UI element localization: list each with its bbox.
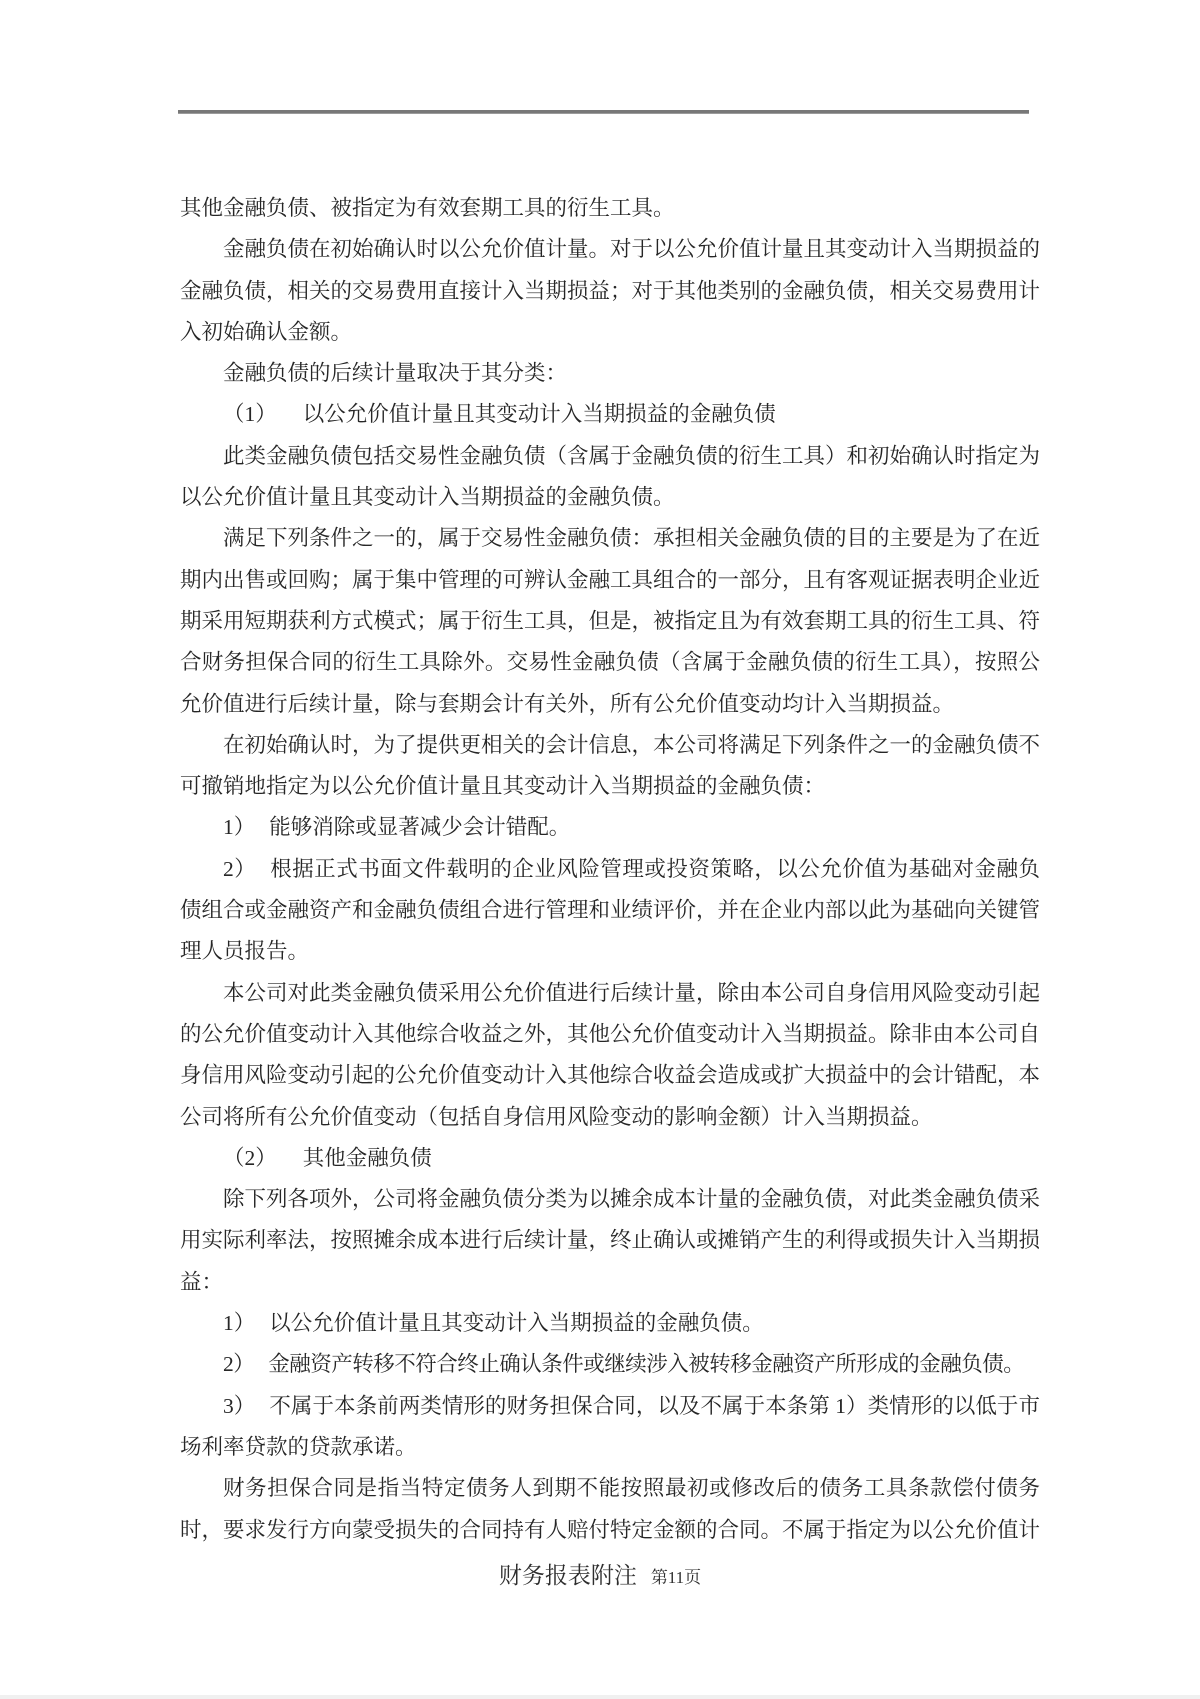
- heading-category-2: （2）其他金融负债: [180, 1138, 1040, 1179]
- heading-category-1-label: 以公允价值计量且其变动计入当期损益的金融负债: [303, 402, 776, 426]
- list-item-designation-1-number: 1）: [223, 815, 255, 839]
- list-item-designation-1-text: 能够消除或显著减少会计错配。: [269, 815, 570, 839]
- page-bottom-edge: [0, 1695, 1200, 1699]
- para-fvtpl-definition: 此类金融负债包括交易性金融负债（含属于金融负债的衍生工具）和初始确认时指定为以公…: [180, 436, 1040, 519]
- para-continuation: 其他金融负债、被指定为有效套期工具的衍生工具。: [180, 188, 1040, 229]
- list-item-exception-1: 1）以公允价值计量且其变动计入当期损益的金融负债。: [180, 1303, 1040, 1344]
- para-trading-liability-conditions: 满足下列条件之一的，属于交易性金融负债：承担相关金融负债的目的主要是为了在近期内…: [180, 518, 1040, 724]
- heading-category-2-number: （2）: [223, 1146, 277, 1170]
- header-rule: [178, 110, 1029, 114]
- heading-category-2-label: 其他金融负债: [303, 1146, 432, 1170]
- list-item-designation-1: 1）能够消除或显著减少会计错配。: [180, 807, 1040, 848]
- para-fair-value-subsequent-measurement: 本公司对此类金融负债采用公允价值进行后续计量，除由本公司自身信用风险变动引起的公…: [180, 973, 1040, 1138]
- para-financial-guarantee-definition: 财务担保合同是指当特定债务人到期不能按照最初或修改后的债务工具条款偿付债务时，要…: [180, 1468, 1040, 1551]
- list-item-exception-3-number: 3）: [223, 1394, 255, 1418]
- list-item-exception-3-text: 不属于本条前两类情形的财务担保合同，以及不属于本条第 1）类情形的以低于市场利率…: [180, 1394, 1040, 1459]
- list-item-exception-1-text: 以公允价值计量且其变动计入当期损益的金融负债。: [269, 1311, 764, 1335]
- list-item-exception-2-number: 2）: [223, 1352, 254, 1376]
- para-initial-measurement: 金融负债在初始确认时以公允价值计量。对于以公允价值计量且其变动计入当期损益的金融…: [180, 229, 1040, 353]
- list-item-designation-2-number: 2）: [223, 857, 256, 881]
- list-item-designation-2-text: 根据正式书面文件载明的企业风险管理或投资策略，以公允价值为基础对金融负债组合或金…: [180, 857, 1040, 964]
- body-text: 其他金融负债、被指定为有效套期工具的衍生工具。 金融负债在初始确认时以公允价值计…: [180, 188, 1040, 1551]
- list-item-exception-1-number: 1）: [223, 1311, 255, 1335]
- list-item-exception-2: 2）金融资产转移不符合终止确认条件或继续涉入被转移金融资产所形成的金融负债。: [180, 1344, 1040, 1385]
- footer-title: 财务报表附注: [499, 1563, 637, 1588]
- para-irrevocable-designation-intro: 在初始确认时，为了提供更相关的会计信息，本公司将满足下列条件之一的金融负债不可撤…: [180, 725, 1040, 808]
- list-item-exception-2-text: 金融资产转移不符合终止确认条件或继续涉入被转移金融资产所形成的金融负债。: [268, 1352, 1024, 1376]
- document-page: 其他金融负债、被指定为有效套期工具的衍生工具。 金融负债在初始确认时以公允价值计…: [0, 0, 1200, 1699]
- heading-category-1: （1）以公允价值计量且其变动计入当期损益的金融负债: [180, 394, 1040, 435]
- heading-category-1-number: （1）: [223, 402, 277, 426]
- list-item-exception-3: 3）不属于本条前两类情形的财务担保合同，以及不属于本条第 1）类情形的以低于市场…: [180, 1386, 1040, 1469]
- footer-page-number: 第11页: [651, 1568, 701, 1587]
- page-footer: 财务报表附注第11页: [0, 1561, 1200, 1594]
- para-subsequent-measurement-intro: 金融负债的后续计量取决于其分类：: [180, 353, 1040, 394]
- list-item-designation-2: 2）根据正式书面文件载明的企业风险管理或投资策略，以公允价值为基础对金融负债组合…: [180, 849, 1040, 973]
- para-amortized-cost-intro: 除下列各项外，公司将金融负债分类为以摊余成本计量的金融负债，对此类金融负债采用实…: [180, 1179, 1040, 1303]
